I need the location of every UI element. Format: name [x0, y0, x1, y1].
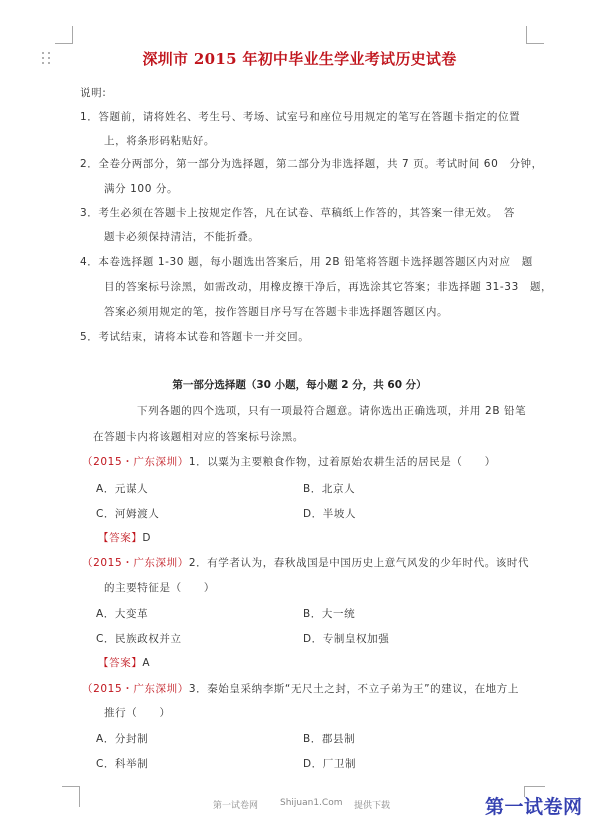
question-source: （2015・广东深圳）: [82, 557, 189, 569]
option-a: A．分封制: [96, 731, 148, 746]
instruction-item-cont: 上，将条形码粘贴好。: [104, 134, 215, 148]
instruction-item: 1．答题前，请将姓名、考生号、考场、试室号和座位号用规定的笔写在答题卡指定的位置: [80, 110, 520, 124]
option-a: A．元谋人: [96, 481, 148, 496]
instruction-item-cont: 目的答案标号涂黑，如需改动，用橡皮擦干净后，再选涂其它答案；非选择题 31-33…: [104, 280, 552, 294]
section-title: 第一部分选择题（30 小题，每小题 2 分，共 60 分）: [0, 377, 599, 392]
option-c: C．科举制: [96, 756, 148, 771]
instruction-item: 3．考生必须在答题卡上按规定作答，凡在试卷、草稿纸上作答的，其答案一律无效。 答: [80, 206, 515, 220]
option-c: C．民族政权并立: [96, 631, 182, 646]
page-corner-mark-top-right: [526, 26, 544, 44]
option-b: B．郡县制: [303, 731, 355, 746]
instruction-item: 4．本卷选择题 1-30 题，每小题选出答案后，用 2B 铅笔将答题卡选择题答题…: [80, 255, 533, 269]
footer-site-name: 第一试卷网: [213, 798, 258, 811]
instruction-item: 2．全卷分两部分，第一部分为选择题，第二部分为非选择题，共 7 页。考试时间 6…: [80, 157, 543, 171]
brand-logo: 第一试卷网: [485, 792, 583, 819]
instructions-label: 说明:: [80, 86, 106, 100]
footer-provide: 提供下载: [354, 798, 390, 811]
option-d: D．半坡人: [303, 506, 356, 521]
option-b: B．大一统: [303, 606, 355, 621]
question-stem: （2015・广东深圳）1．以粟为主要粮食作物，过着原始农耕生活的居民是（ ）: [82, 455, 496, 469]
question-stem-cont: 推行（ ）: [104, 706, 171, 720]
question-stem: （2015・广东深圳）2．有学者认为，春秋战国是中国历史上意气风发的少年时代。该…: [82, 556, 529, 570]
question-source: （2015・广东深圳）: [82, 683, 189, 695]
option-d: D．厂卫制: [303, 756, 356, 771]
instruction-item-cont: 题卡必须保持清洁，不能折叠。: [104, 230, 259, 244]
section-intro-cont: 在答题卡内将该题相对应的答案标号涂黑。: [93, 430, 304, 444]
page-corner-mark-top-left: [55, 26, 73, 44]
option-b: B．北京人: [303, 481, 355, 496]
question-stem: （2015・广东深圳）3．秦始皇采纳李斯“无尺土之封，不立子弟为王”的建议，在地…: [82, 682, 519, 696]
option-d: D．专制皇权加强: [303, 631, 389, 646]
instruction-item: 5．考试结束，请将本试卷和答题卡一并交回。: [80, 330, 309, 344]
option-a: A．大变革: [96, 606, 148, 621]
answer: 【答案】A: [98, 656, 150, 670]
question-stem-cont: 的主要特征是（ ）: [104, 581, 215, 595]
answer: 【答案】D: [98, 531, 151, 545]
instruction-item-cont: 答案必须用规定的笔，按作答题目序号写在答题卡非选择题答题区内。: [104, 305, 448, 319]
option-c: C．河姆渡人: [96, 506, 159, 521]
page-corner-mark-bottom-left: [62, 786, 80, 807]
instruction-item-cont: 满分 100 分。: [104, 182, 178, 196]
document-title: 深圳市 2015 年初中毕业生学业考试历史试卷: [0, 48, 599, 69]
footer-site-url: Shijuan1.Com: [280, 798, 343, 808]
section-intro: 下列各题的四个选项，只有一项最符合题意。请你选出正确选项，并用 2B 铅笔: [137, 404, 526, 418]
question-source: （2015・广东深圳）: [82, 456, 189, 468]
